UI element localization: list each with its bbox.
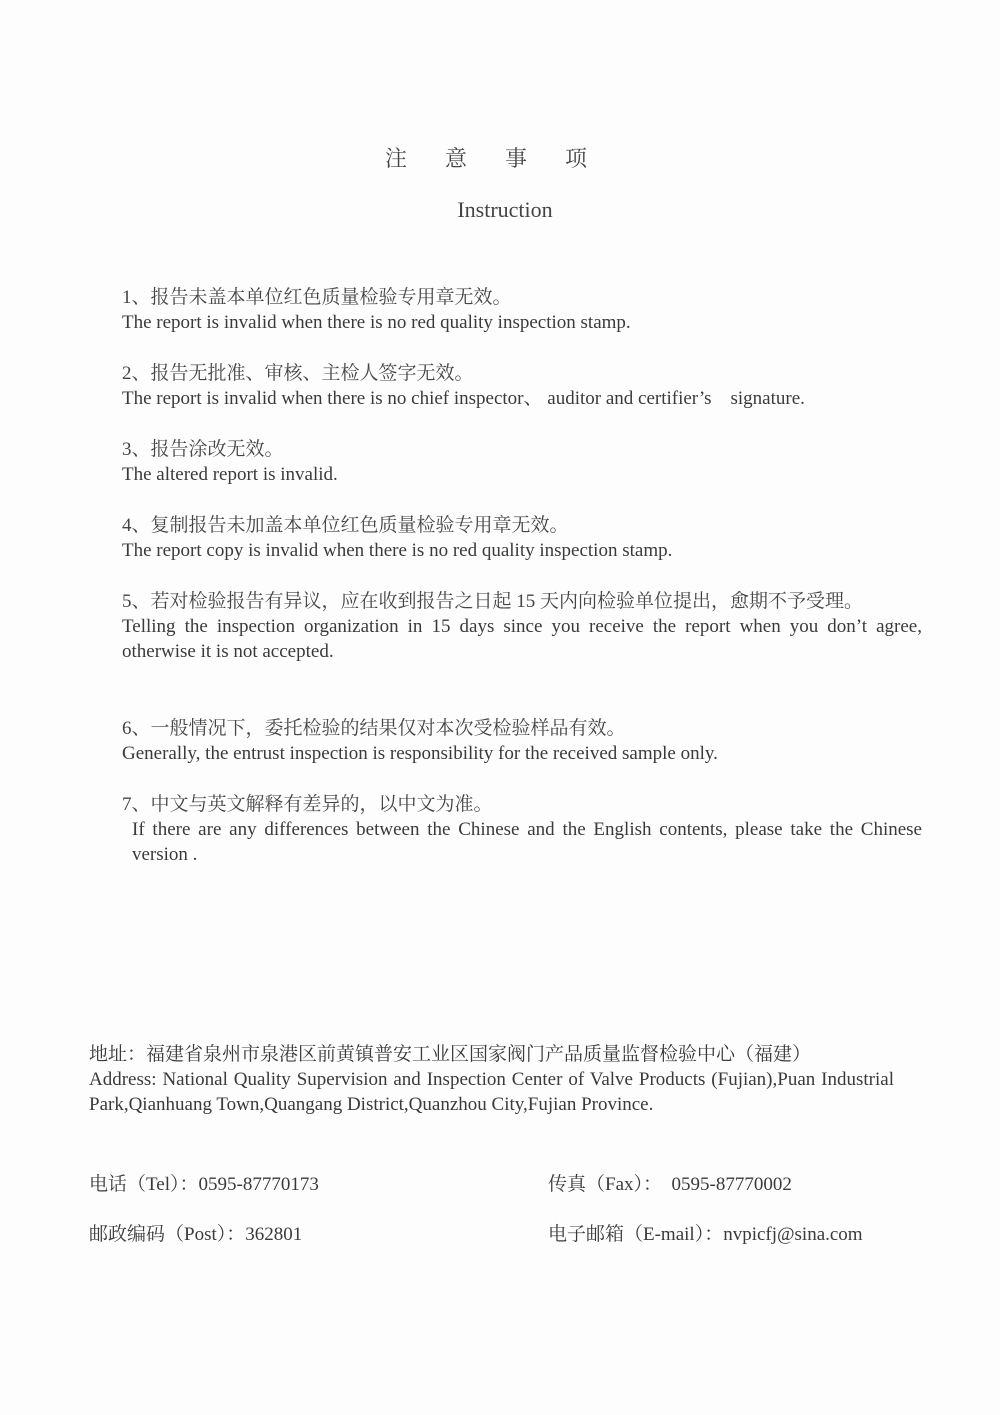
instruction-text-en: Generally, the entrust inspection is res… xyxy=(122,741,922,766)
instruction-text-cn: 1、报告未盖本单位红色质量检验专用章无效。 xyxy=(122,285,922,310)
instruction-item-4: 4、复制报告未加盖本单位红色质量检验专用章无效。 The report copy… xyxy=(122,513,922,563)
telephone: 电话（Tel）：0595-87770173 xyxy=(89,1172,319,1197)
instruction-text-en: If there are any differences between the… xyxy=(122,817,922,867)
fax: 传真（Fax）： 0595-87770002 xyxy=(548,1172,792,1197)
instruction-text-en: The altered report is invalid. xyxy=(122,462,922,487)
instruction-page: 注意事项 Instruction 1、报告未盖本单位红色质量检验专用章无效。 T… xyxy=(0,0,1000,1415)
instruction-text-cn: 5、若对检验报告有异议，应在收到报告之日起 15 天内向检验单位提出，愈期不予受… xyxy=(122,589,922,614)
instruction-text-cn: 6、一般情况下，委托检验的结果仅对本次受检验样品有效。 xyxy=(122,716,922,741)
address-block: 地址：福建省泉州市泉港区前黄镇普安工业区国家阀门产品质量监督检验中心（福建） A… xyxy=(89,1042,894,1117)
postal-code: 邮政编码（Post）：362801 xyxy=(89,1222,302,1247)
address-english: Address: National Quality Supervision an… xyxy=(89,1067,894,1117)
instruction-text-cn: 4、复制报告未加盖本单位红色质量检验专用章无效。 xyxy=(122,513,922,538)
instruction-text-cn: 2、报告无批准、审核、主检人签字无效。 xyxy=(122,361,922,386)
instruction-text-en: The report copy is invalid when there is… xyxy=(122,538,922,563)
instruction-text-en: The report is invalid when there is no r… xyxy=(122,310,922,335)
instruction-text-en: Telling the inspection organization in 1… xyxy=(122,614,922,664)
instruction-item-2: 2、报告无批准、审核、主检人签字无效。 The report is invali… xyxy=(122,361,922,411)
page-title-chinese: 注意事项 xyxy=(0,142,1000,173)
email: 电子邮箱（E-mail）：nvpicfj@sina.com xyxy=(548,1222,863,1247)
address-chinese: 地址：福建省泉州市泉港区前黄镇普安工业区国家阀门产品质量监督检验中心（福建） xyxy=(89,1042,894,1067)
instruction-item-3: 3、报告涂改无效。 The altered report is invalid. xyxy=(122,437,922,487)
instruction-item-6: 6、一般情况下，委托检验的结果仅对本次受检验样品有效。 Generally, t… xyxy=(122,716,922,766)
instruction-item-5: 5、若对检验报告有异议，应在收到报告之日起 15 天内向检验单位提出，愈期不予受… xyxy=(122,589,922,664)
instruction-text-cn: 7、中文与英文解释有差异的，以中文为准。 xyxy=(122,792,922,817)
instruction-item-7: 7、中文与英文解释有差异的，以中文为准。 If there are any di… xyxy=(122,792,922,867)
instruction-text-cn: 3、报告涂改无效。 xyxy=(122,437,922,462)
instruction-item-1: 1、报告未盖本单位红色质量检验专用章无效。 The report is inva… xyxy=(122,285,922,335)
page-title-english: Instruction xyxy=(0,197,1000,223)
instruction-text-en: The report is invalid when there is no c… xyxy=(122,386,922,411)
